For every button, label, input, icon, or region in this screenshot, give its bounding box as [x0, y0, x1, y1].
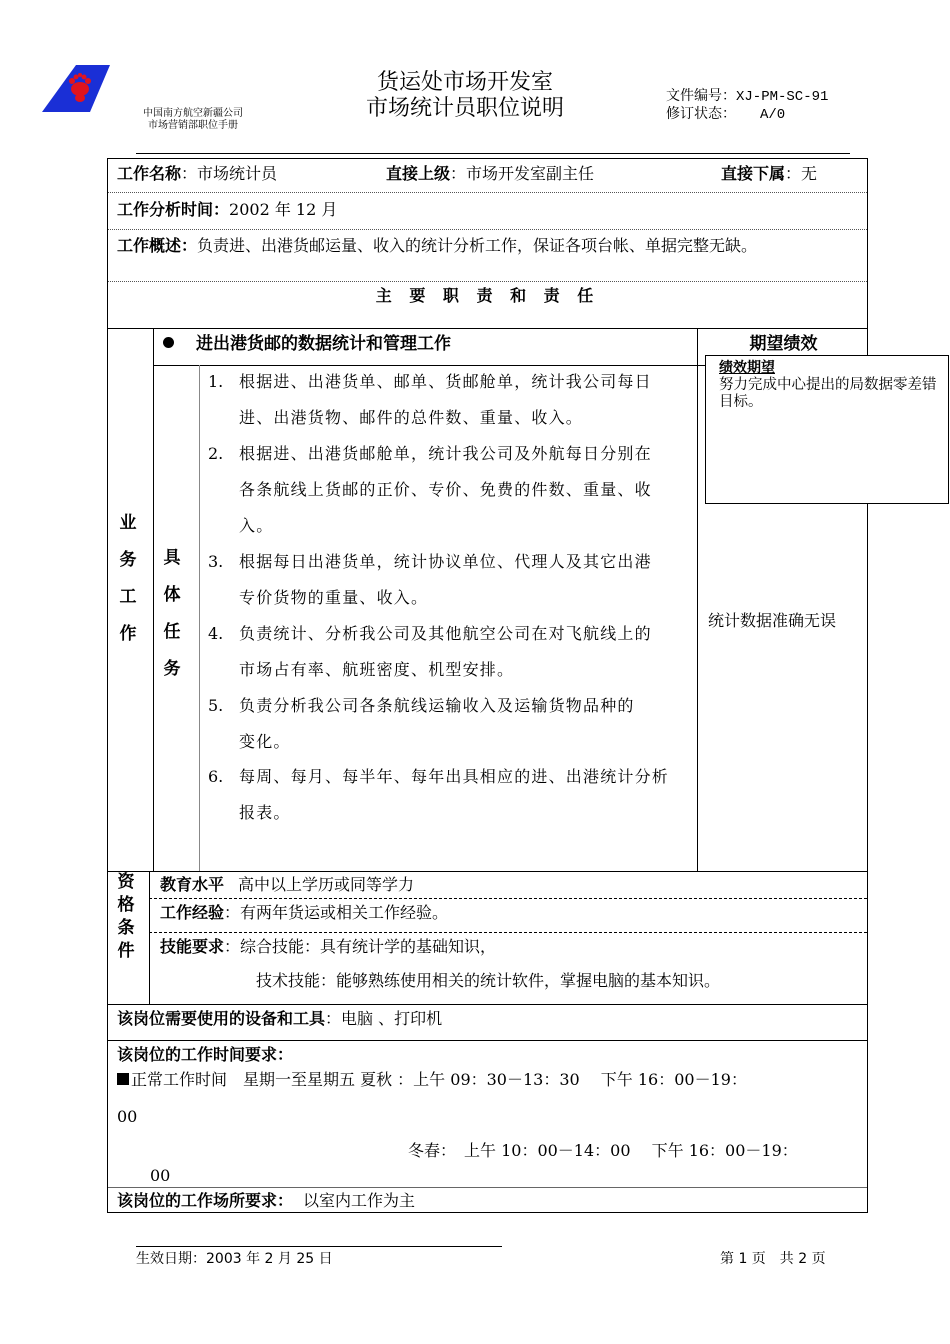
work-time-line-2-wrap: 00: [150, 1166, 170, 1186]
label-char: 件: [116, 940, 136, 963]
experience: 工作经验：有两年货运或相关工作经验。: [160, 903, 448, 923]
page-number: 第 1 页 共 2 页: [720, 1248, 826, 1268]
subordinate-value: 无: [801, 164, 817, 183]
divider: [153, 329, 154, 871]
skills-technical: 技术技能：能够熟练使用相关的统计软件，掌握电脑的基本知识。: [256, 971, 720, 991]
task-number: 4.: [208, 616, 232, 652]
education-label: 教育水平: [160, 875, 224, 894]
duties-section-title: 主 要 职 责 和 责 任: [108, 286, 867, 306]
document-meta: 文件编号：XJ-PM-SC-91 修订状态：A/0: [666, 88, 828, 124]
task-line: 根据每日出港货单，统计协议单位、代理人及其它出港: [239, 544, 697, 580]
task-number: 3.: [208, 544, 232, 580]
duties-title-row: 主 要 职 责 和 责 任: [108, 282, 867, 329]
basic-info-row: 工作名称：市场统计员 直接上级：市场开发室副主任 直接下属：无: [108, 159, 867, 193]
equipment-label: 该岗位需要使用的设备和工具: [117, 1009, 325, 1028]
task-line: 专价货物的重量、收入。: [239, 580, 697, 616]
label-char: 格: [116, 894, 136, 917]
divider: [149, 932, 867, 933]
superior-label: 直接上级: [386, 164, 450, 183]
doc-no-label: 文件编号：: [666, 88, 736, 104]
skills-general: 综合技能：具有统计学的基础知识，: [240, 937, 496, 956]
comment-popup: 绩效期望 努力完成中心提出的局数据零差错目标。: [705, 355, 949, 504]
work-time-summer: 正常工作时间 星期一至星期五 夏秋 ：上午 09：30－13：30 下午 16：…: [131, 1070, 747, 1089]
task-number: 6.: [208, 759, 232, 795]
job-description-table: 工作名称：市场统计员 直接上级：市场开发室副主任 直接下属：无 工作分析时间：2…: [107, 158, 868, 1213]
education: 教育水平高中以上学历或同等学力: [160, 875, 414, 895]
equipment: 该岗位需要使用的设备和工具：电脑 、打印机: [117, 1009, 442, 1029]
expected-performance-value: 统计数据准确无误: [708, 611, 836, 631]
work-time-line-1-wrap: 00: [117, 1107, 137, 1127]
task-line: 各条航线上货邮的正价、专价、免费的件数、重量、收: [239, 472, 697, 508]
revision-label: 修订状态：: [666, 106, 736, 122]
doc-no-value: XJ-PM-SC-91: [736, 89, 828, 105]
superior-value: 市场开发室副主任: [466, 164, 594, 183]
analysis-time: 工作分析时间：2002 年 12 月: [117, 200, 337, 220]
bullet-icon: [163, 337, 174, 348]
duty-category: 进出港货邮的数据统计和管理工作: [163, 334, 451, 354]
workplace-label: 该岗位的工作场所要求：: [117, 1191, 293, 1210]
analysis-time-row: 工作分析时间：2002 年 12 月: [108, 193, 867, 230]
task-line: 入。: [239, 508, 697, 544]
company-name: 中国南方航空新疆公司 市场营销部职位手册: [128, 108, 258, 132]
task-line: 负责统计、分析我公司及其他航空公司在对飞航线上的: [239, 616, 697, 652]
label-char: 资: [116, 871, 136, 894]
job-name-label: 工作名称: [117, 164, 181, 183]
work-time-line-1: 正常工作时间 星期一至星期五 夏秋 ：上午 09：30－13：30 下午 16：…: [117, 1070, 747, 1090]
task-line: 根据进、出港货邮舱单，统计我公司及外航每日分别在: [239, 436, 697, 472]
divider: [108, 1040, 867, 1041]
task-line: 每周、每月、每半年、每年出具相应的进、出港统计分析: [239, 759, 697, 795]
qualifications-label: 资 格 条 件: [116, 871, 136, 963]
work-time-winter: 冬春： 上午 10：00－14：00 下午 16：00－19：: [408, 1141, 798, 1161]
workplace-value: 以室内工作为主: [303, 1191, 415, 1210]
experience-label: 工作经验: [160, 903, 224, 922]
label-char: 作: [118, 616, 138, 653]
footer-divider: [136, 1246, 502, 1247]
divider: [108, 1187, 867, 1188]
expected-performance-header: 期望绩效: [698, 334, 869, 354]
divider: [697, 329, 698, 871]
title-line-1: 货运处市场开发室: [330, 70, 600, 96]
subordinate-label: 直接下属: [721, 164, 785, 183]
task-number: 1.: [208, 364, 232, 400]
company-line-2: 市场营销部职位手册: [128, 120, 258, 132]
revision-value: A/0: [760, 107, 785, 123]
square-bullet-icon: [117, 1073, 129, 1085]
document-title: 货运处市场开发室 市场统计员职位说明: [330, 70, 600, 122]
task-line: 变化。: [239, 724, 697, 760]
divider: [149, 898, 867, 899]
education-value: 高中以上学历或同等学力: [238, 875, 414, 894]
workplace: 该岗位的工作场所要求：以室内工作为主: [117, 1191, 415, 1211]
job-name: 工作名称：市场统计员: [117, 164, 277, 184]
summary-value: 负责进、出港货邮运量、收入的统计分析工作，保证各项台帐、单据完整无缺。: [197, 236, 757, 255]
analysis-time-value: 2002 年 12 月: [229, 200, 337, 219]
task-line: 根据进、出港货单、邮单、货邮舱单，统计我公司每日: [239, 364, 697, 400]
divider: [199, 365, 200, 871]
comment-body: 努力完成中心提出的局数据零差错目标。: [719, 377, 945, 411]
label-char: 务: [162, 651, 182, 688]
task-number: 5.: [208, 688, 232, 724]
task-line: 市场占有率、航班密度、机型安排。: [239, 652, 697, 688]
label-char: 体: [162, 577, 182, 614]
china-southern-airlines-logo-icon: [42, 65, 110, 112]
task-number: 2.: [208, 436, 232, 472]
company-line-1: 中国南方航空新疆公司: [128, 108, 258, 120]
work-time-label: 该岗位的工作时间要求：: [117, 1045, 293, 1065]
duty-category-title: 进出港货邮的数据统计和管理工作: [196, 334, 451, 354]
business-work-label: 业 务 工 作: [118, 505, 138, 653]
task-line: 负责分析我公司各条航线运输收入及运输货物品种的: [239, 688, 697, 724]
label-char: 工: [118, 579, 138, 616]
experience-value: 有两年货运或相关工作经验。: [240, 903, 448, 922]
task-line: 报表。: [239, 795, 697, 831]
label-char: 业: [118, 505, 138, 542]
comment-title: 绩效期望: [719, 360, 775, 376]
specific-tasks-label: 具 体 任 务: [162, 540, 182, 688]
label-char: 任: [162, 614, 182, 651]
label-char: 条: [116, 917, 136, 940]
header-divider: [136, 153, 850, 154]
summary-row: 工作概述：负责进、出港货邮运量、收入的统计分析工作，保证各项台帐、单据完整无缺。: [108, 230, 867, 282]
subordinate: 直接下属：无: [721, 164, 817, 184]
effective-date: 生效日期：2003 年 2 月 25 日: [136, 1248, 333, 1268]
divider: [108, 1004, 867, 1005]
summary-label: 工作概述: [117, 236, 181, 255]
label-char: 务: [118, 542, 138, 579]
divider: [149, 871, 150, 1004]
equipment-value: 电脑 、打印机: [341, 1009, 442, 1028]
superior: 直接上级：市场开发室副主任: [386, 164, 594, 184]
summary: 工作概述：负责进、出港货邮运量、收入的统计分析工作，保证各项台帐、单据完整无缺。: [117, 236, 757, 256]
title-line-2: 市场统计员职位说明: [330, 96, 600, 122]
job-name-value: 市场统计员: [197, 164, 277, 183]
divider: [108, 871, 867, 872]
analysis-time-label: 工作分析时间: [117, 200, 213, 219]
skills-label: 技能要求: [160, 937, 224, 956]
skills: 技能要求：综合技能：具有统计学的基础知识，: [160, 937, 496, 957]
task-line: 进、出港货物、邮件的总件数、重量、收入。: [239, 400, 697, 436]
label-char: 具: [162, 540, 182, 577]
